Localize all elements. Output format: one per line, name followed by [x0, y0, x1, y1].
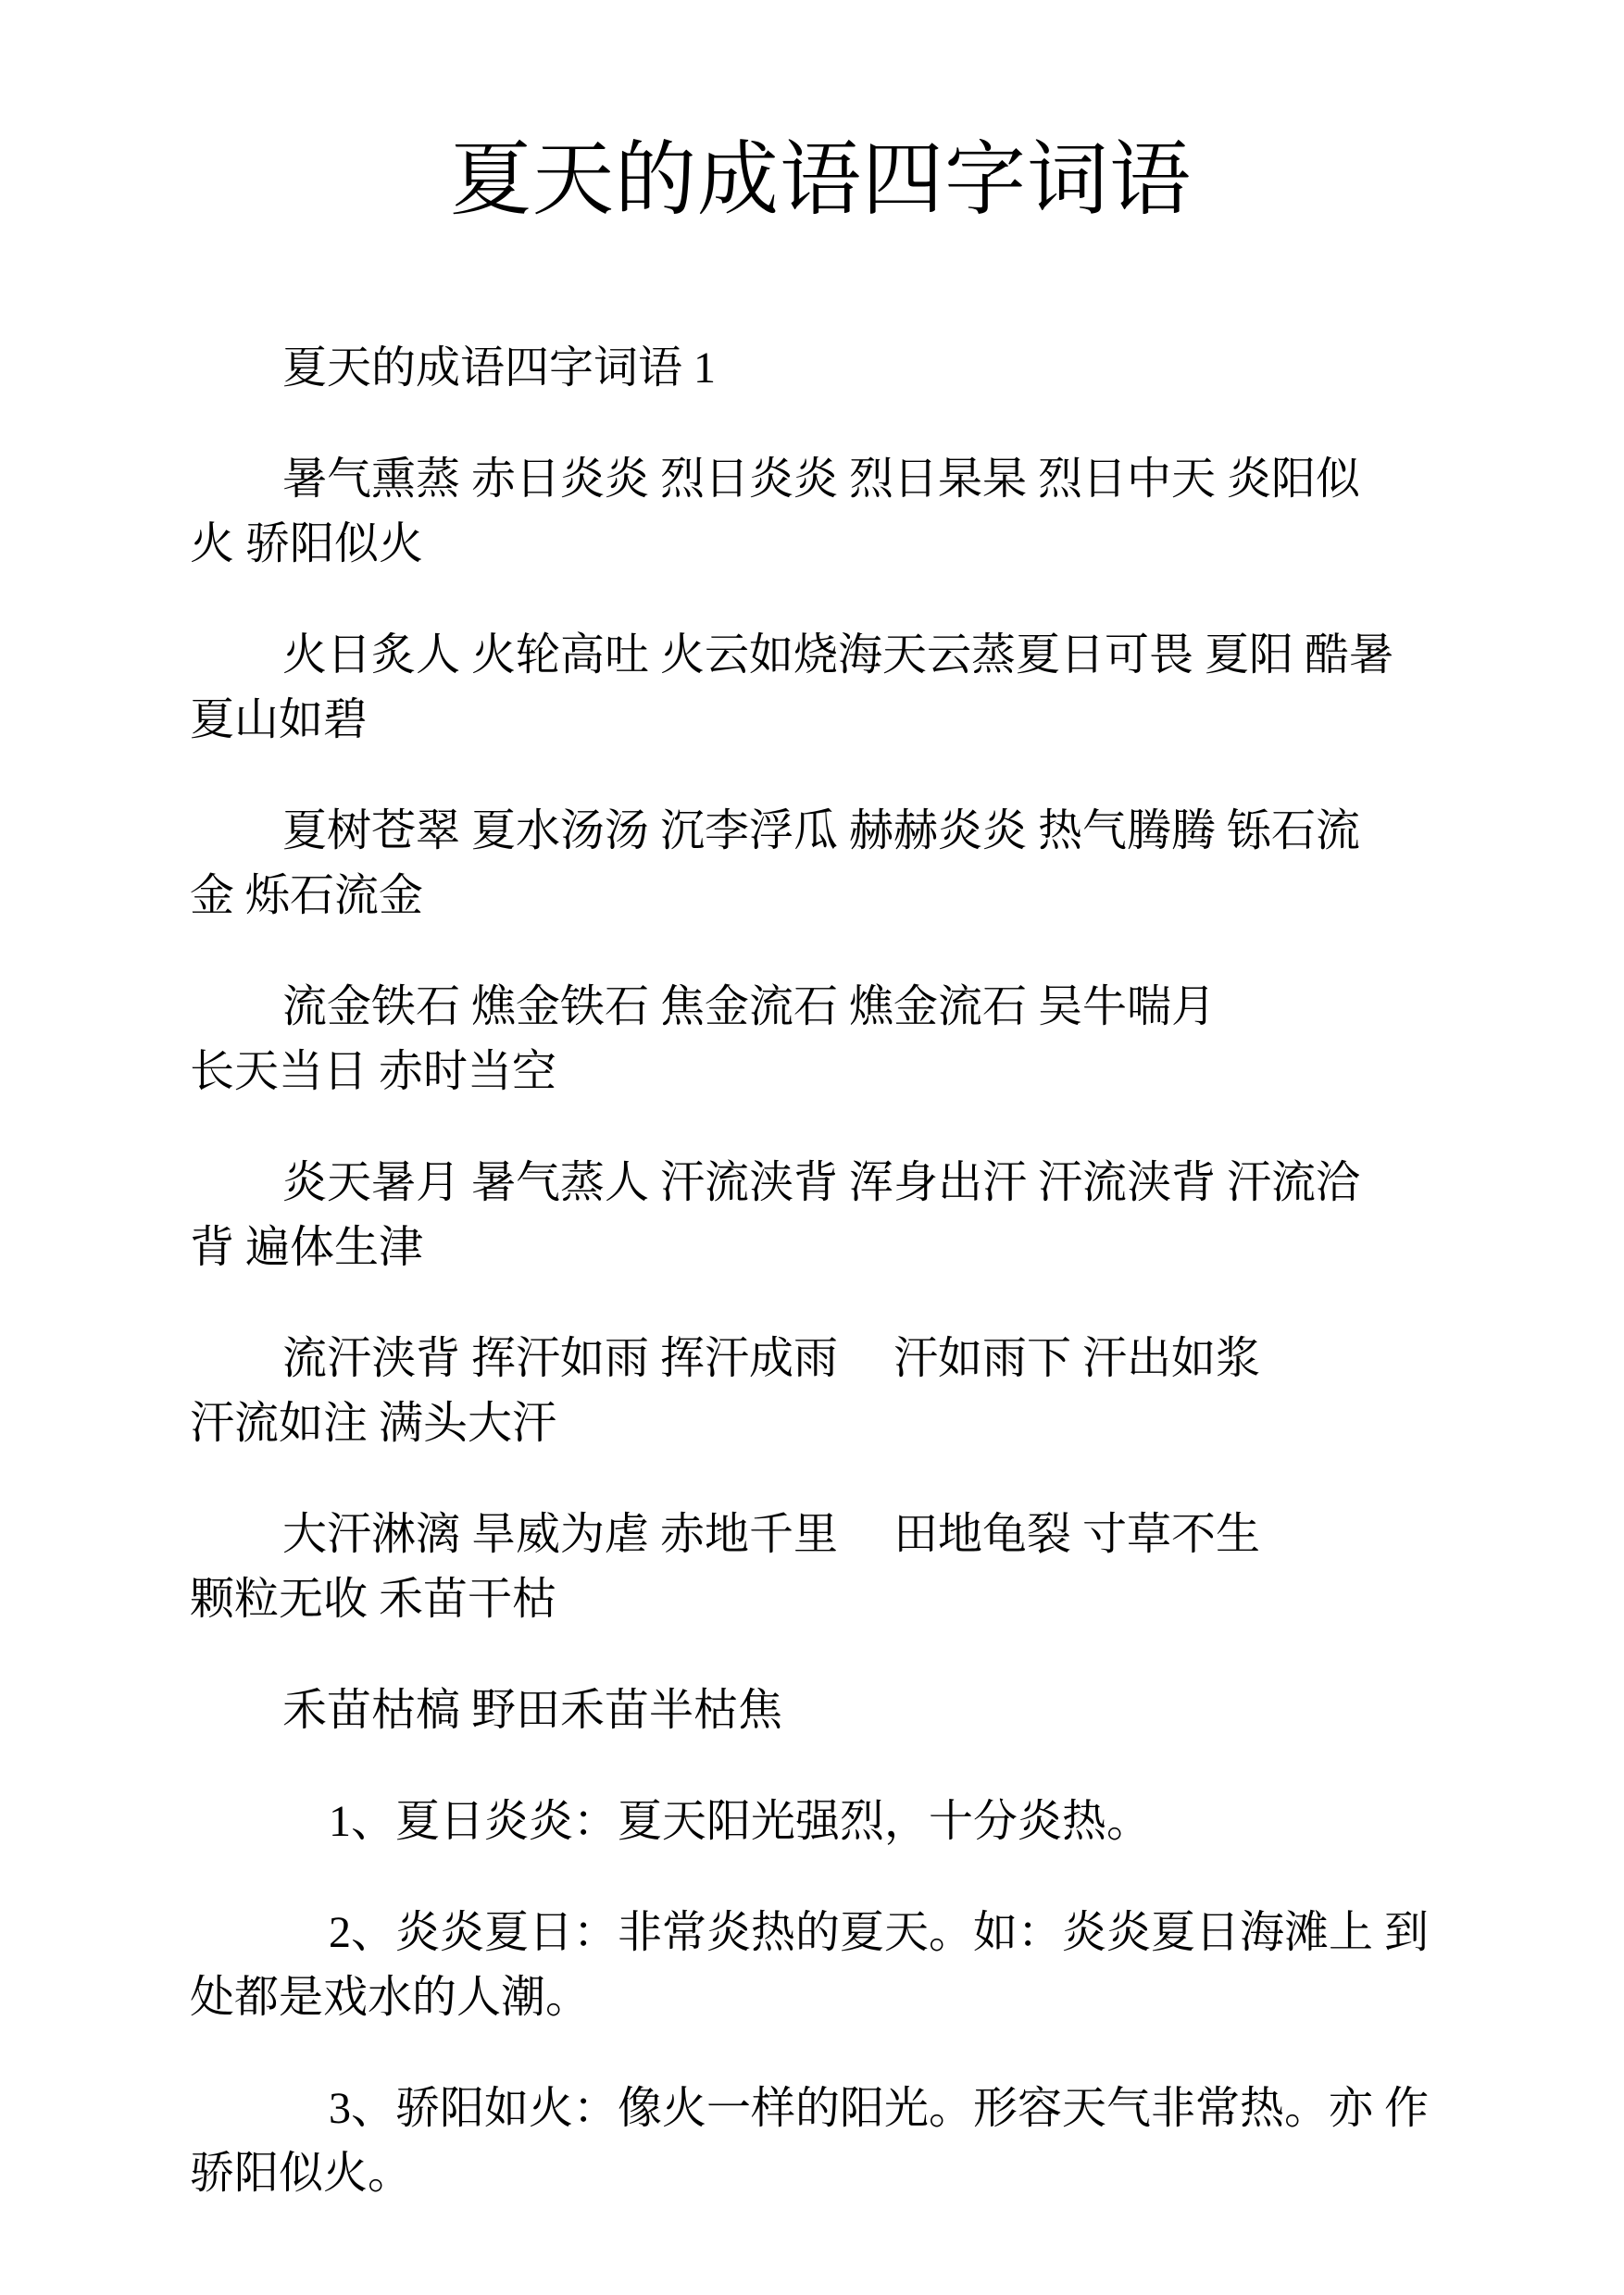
document-body: 夏天的成语四字词语 1暑气熏蒸 赤日炎炎 烈日炎炎 烈日杲杲 烈日中天 炎阳似 … — [190, 336, 1452, 2206]
paragraph-3: 火日炙人 火轮高吐 火云如烧海天云蒸夏日可畏 夏阳 酷暑 夏山如碧 — [190, 623, 1452, 753]
paragraph-2: 暑气熏蒸 赤日炎炎 烈日炎炎 烈日杲杲 烈日中天 炎阳似 火 骄阳似火 — [190, 447, 1452, 577]
document-page: 夏天的成语四字词语 夏天的成语四字词语 1暑气熏蒸 赤日炎炎 烈日炎炎 烈日杲杲… — [0, 0, 1624, 2295]
paragraph-5: 流金铁石 燋金铁石 焦金流石 燋金流石 吴牛喘月 长天当日 赤时当空 — [190, 975, 1452, 1104]
paragraph-9: 禾苗枯槁 野田禾苗半枯焦 — [190, 1678, 1452, 1743]
paragraph-11: 2、炎炎夏日：非常炎热的夏天。如：炎炎夏日海滩上 到 处都是戏水的人潮。 — [190, 1901, 1452, 2030]
paragraph-10: 1、夏日炎炎：夏天阳光强烈，十分炎热。 — [190, 1790, 1452, 1854]
paragraph-7: 流汗浃背 挥汗如雨 挥汗成雨 汗如雨下 汗出如浆 汗流如注 满头大汗 — [190, 1327, 1452, 1456]
page-title: 夏天的成语四字词语 — [190, 137, 1452, 227]
paragraph-1: 夏天的成语四字词语 1 — [190, 336, 1452, 401]
paragraph-8: 大汗淋漓 旱威为虐 赤地千里 田地龟裂 寸草不生 颗粒无收 禾苗干枯 — [190, 1503, 1452, 1632]
paragraph-6: 炎天暑月 暑气蒸人 汗流浃背 浑身出汗 汗流浃背 汗流洽 背 遍体生津 — [190, 1151, 1452, 1280]
paragraph-4: 夏树苍翠 夏水汤汤 沉李浮瓜 赫赫炎炎 热气腾腾 铄石流 金 烁石流金 — [190, 799, 1452, 929]
paragraph-12: 3、骄阳如火：像火一样的阳光。形容天气非常热。亦 作 骄阳似火。 — [190, 2077, 1452, 2206]
